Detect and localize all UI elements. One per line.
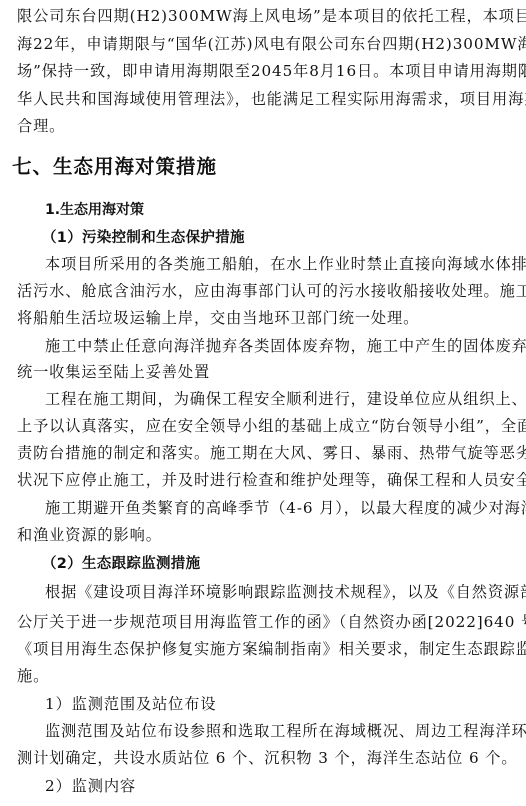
text-line: 状况下应停止施工，并及时进行检查和维护处理等，确保工程和人员安全。 [17,470,493,490]
text-line: 上予以认真落实，应在安全领导小组的基础上成立“防台领导小组”，全面负 [17,416,493,436]
subsection-title: 1.生态用海对策 [45,200,144,220]
text-line: 施工中禁止任意向海洋抛弃各类固体废弃物，施工中产生的固体废弃物应 [45,336,493,356]
text-line: 本项目所采用的各类施工船舶，在水上作业时禁止直接向海域水体排放生 [45,254,493,274]
text-line: 和渔业资源的影响。 [17,525,493,545]
text-line: 统一收集运至陆上妥善处置 [17,362,493,382]
text-line: 监测范围及站位布设参照和选取工程所在海域概况、周边工程海洋环境监 [45,721,493,741]
text-line: 根据《建设项目海洋环境影响跟踪监测技术规程》，以及《自然资源部办 [45,582,493,602]
sub-item-title: 1）监测范围及站位布设 [45,694,493,714]
text-line: 将船舶生活垃圾运输上岸，交由当地环卫部门统一处理。 [17,308,493,328]
text-line: 《项目用海生态保护修复实施方案编制指南》相关要求，制定生态跟踪监测措 [17,639,493,659]
sub-item-title: 2）监测内容 [45,776,493,796]
text-line: 责防台措施的制定和落实。施工期在大风、雾日、暴雨、热带气旋等恶劣天气 [17,443,493,463]
item-title: （1）污染控制和生态保护措施 [42,228,245,248]
text-line: 活污水、舱底含油污水，应由海事部门认可的污水接收船接收处理。施工船舶 [17,281,493,301]
text-line: 公厅关于进一步规范项目用海监管工作的函》（自然资办函[2022]640 号）中的 [17,612,493,632]
text-line: 限公司东台四期(H2)300MW海上风电场”是本项目的依托工程，本项目申请用 [17,6,493,26]
text-line: 合理。 [17,116,493,136]
text-line: 测计划确定，共设水质站位 6 个、沉积物 3 个，海洋生态站位 6 个。 [17,748,493,768]
text-line: 海22年，申请期限与“国华(江苏)风电有限公司东台四期(H2)300MW海上风电 [17,34,493,54]
text-line: 华人民共和国海域使用管理法》，也能满足工程实际用海需求，项目用海期限 [17,89,493,109]
section-heading: 七、生态用海对策措施 [12,155,217,179]
text-line: 施工期避开鱼类繁育的高峰季节（4-6 月），以最大程度的减少对海洋生态 [45,498,493,518]
text-line: 施。 [17,666,493,686]
item-title: （2）生态跟踪监测措施 [42,554,200,574]
text-line: 场”保持一致，即申请用海期限至2045年8月16日。本项目申请用海期限符合《中 [17,61,493,81]
text-line: 工程在施工期间，为确保工程安全顺利进行，建设单位应从组织上、措施 [45,389,493,409]
